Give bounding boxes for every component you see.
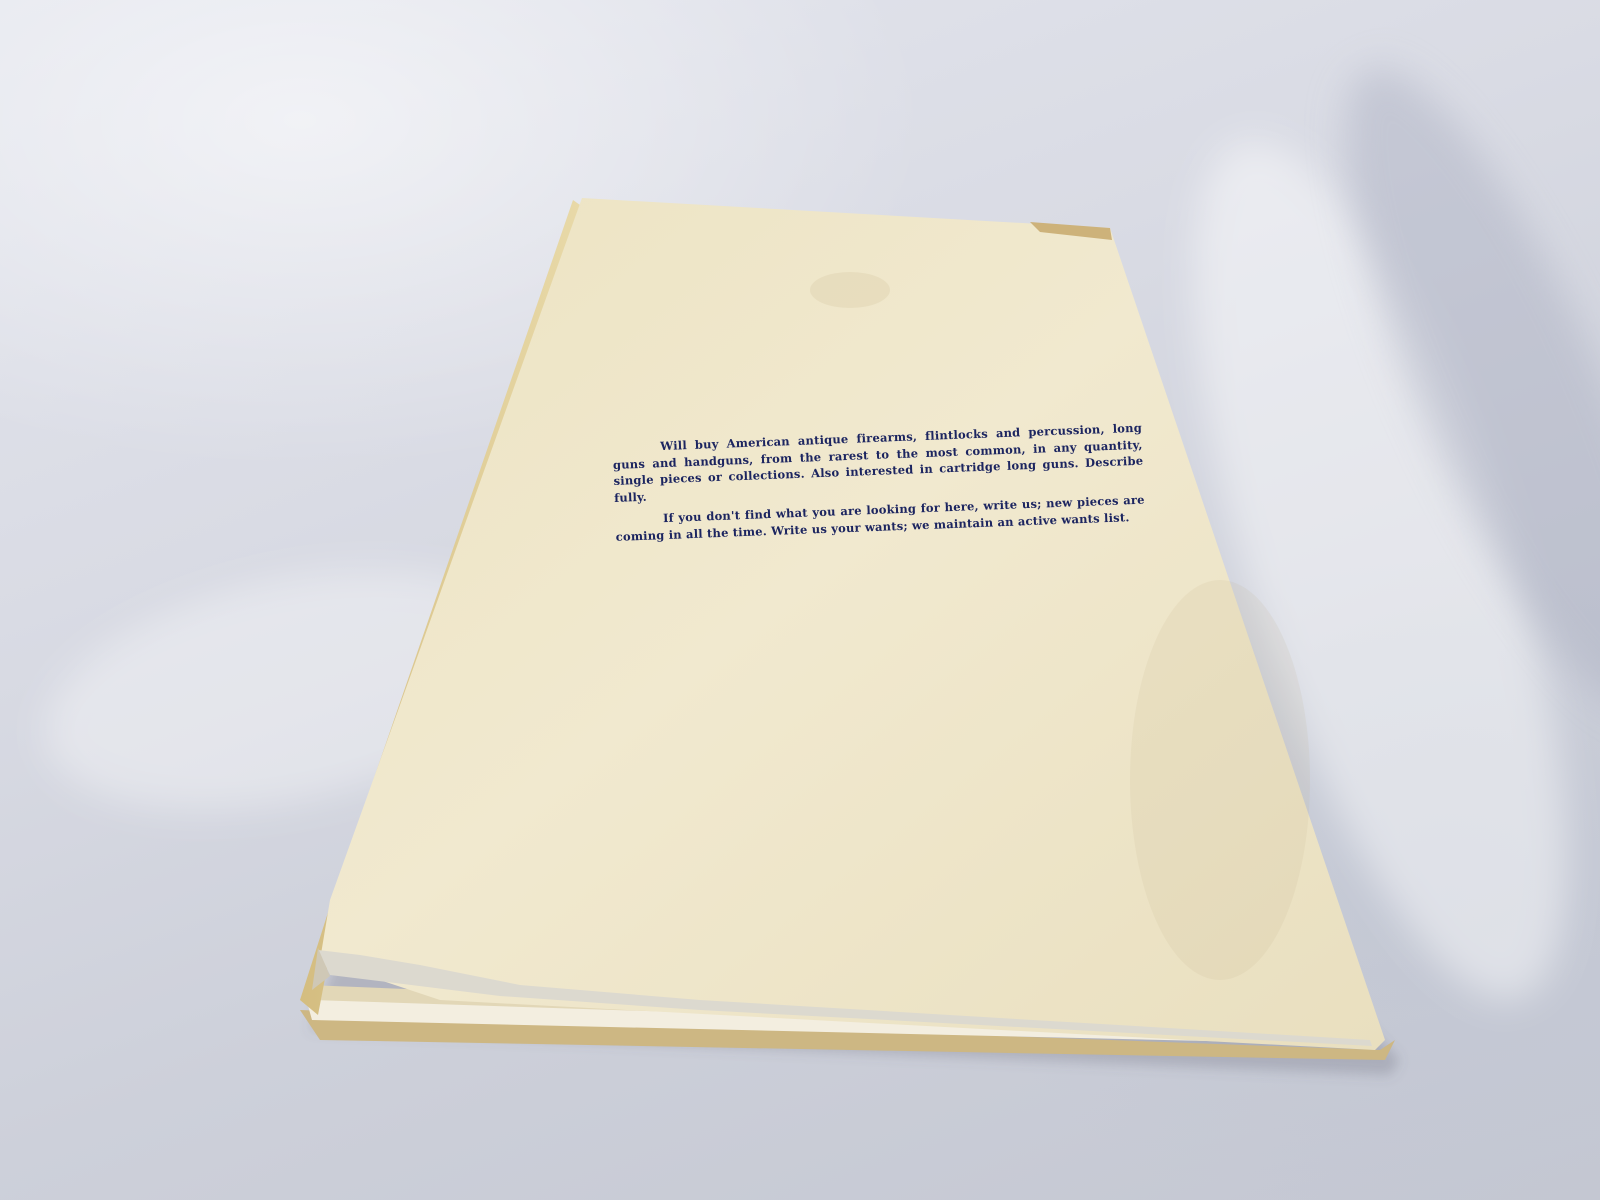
- booklet-illustration: [0, 0, 1600, 1200]
- back-cover-text: Will buy American antique firearms, flin…: [612, 420, 1146, 551]
- catalog-booklet: Will buy American antique firearms, flin…: [0, 0, 1600, 1200]
